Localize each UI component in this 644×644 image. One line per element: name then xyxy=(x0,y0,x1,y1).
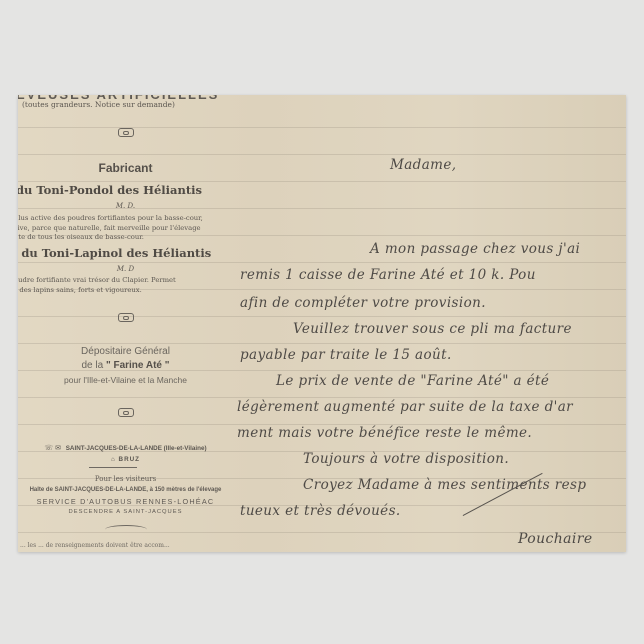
product-2-mark: M. D xyxy=(18,265,233,273)
train-station-icon: ⌂ xyxy=(111,456,116,463)
letter-line: tueux et très dévoués. xyxy=(240,503,401,519)
location-place: SAINT-JACQUES-DE-LA-LANDE (Ille-et-Vilai… xyxy=(66,445,207,452)
divider xyxy=(89,467,137,468)
letter-line: afin de compléter votre provision. xyxy=(240,295,486,311)
footer-note: ... les ... de renseignements doivent êt… xyxy=(20,542,235,549)
letter-line: payable par traite le 15 août. xyxy=(240,347,452,363)
letter-line: Toujours à votre disposition. xyxy=(303,451,509,467)
visitors-line-1: Halte de SAINT-JACQUES-DE-LA-LANDE, à 15… xyxy=(18,485,233,496)
description-line: sive, parce que naturelle, fait merveill… xyxy=(18,224,229,234)
letter-line: Croyez Madame à mes sentiments resp xyxy=(303,477,586,493)
letter-line: Veuillez trouver sous ce pli ma facture xyxy=(293,321,572,337)
visitors-heading: Pour les visiteurs xyxy=(18,474,233,485)
salutation: Madame, xyxy=(390,157,456,173)
ornament-icon xyxy=(18,519,233,538)
product-1-description: plus active des poudres fortifiantes pou… xyxy=(18,214,229,243)
depositary-block: Dépositaire Général de la " Farine Até "… xyxy=(18,345,233,387)
visitors-block: Pour les visiteurs Halte de SAINT-JACQUE… xyxy=(18,474,233,518)
depositary-product: " Farine Até " xyxy=(106,360,170,371)
visitors-line-3: DESCENDRE A SAINT-JACQUES xyxy=(18,507,233,518)
location-block: ☏ ✉ SAINT-JACQUES-DE-LA-LANDE (Ille-et-V… xyxy=(18,443,233,465)
signature: Pouchaire xyxy=(518,531,593,547)
letter-line: Le prix de vente de "Farine Até" a été xyxy=(276,373,549,389)
letterhead-notice: (toutes grandeurs. Notice sur demande) xyxy=(22,100,237,109)
letter-line: A mon passage chez vous j'ai xyxy=(370,241,580,257)
description-line: ute de tous les oiseaux de basse-cour. xyxy=(18,233,229,243)
description-line: oudre fortifiante vrai trésor du Clapier… xyxy=(18,276,229,286)
description-line: r des lapins sains, forts et vigoureux. xyxy=(18,286,229,296)
depositary-line-2: de la " Farine Até " xyxy=(18,359,233,373)
depositary-prefix: de la xyxy=(81,360,103,371)
ornament-icon xyxy=(18,122,233,141)
station-name: BRUZ xyxy=(119,456,141,463)
product-1-name: du Toni-Pondol des Héliantis xyxy=(18,183,231,197)
visitors-line-2: SERVICE D'AUTOBUS RENNES-LOHÉAC xyxy=(18,496,233,507)
phone-mail-icon: ☏ ✉ xyxy=(44,445,61,452)
manufacturer-label: Fabricant xyxy=(18,161,233,175)
product-2-description: oudre fortifiante vrai trésor du Clapier… xyxy=(18,276,229,295)
ornament-icon xyxy=(18,307,233,326)
depositary-line-1: Dépositaire Général xyxy=(18,345,233,359)
letter-line: ment mais votre bénéfice reste le même. xyxy=(237,425,532,441)
letterhead: EVEUSES ARTIFICIELLES (toutes grandeurs.… xyxy=(18,95,233,552)
depositary-line-3: pour l'Ille-et-Vilaine et la Manche xyxy=(18,373,233,387)
product-2-name: t du Toni-Lapinol des Héliantis xyxy=(18,246,227,260)
product-1-mark: M. D. xyxy=(18,202,233,210)
letter-line: légèrement augmenté par suite de la taxe… xyxy=(237,399,573,415)
ornament-icon xyxy=(18,402,233,421)
letter-page: EVEUSES ARTIFICIELLES (toutes grandeurs.… xyxy=(18,95,626,552)
letter-line: remis 1 caisse de Farine Até et 10 k. Po… xyxy=(240,267,536,283)
description-line: plus active des poudres fortifiantes pou… xyxy=(18,214,229,224)
